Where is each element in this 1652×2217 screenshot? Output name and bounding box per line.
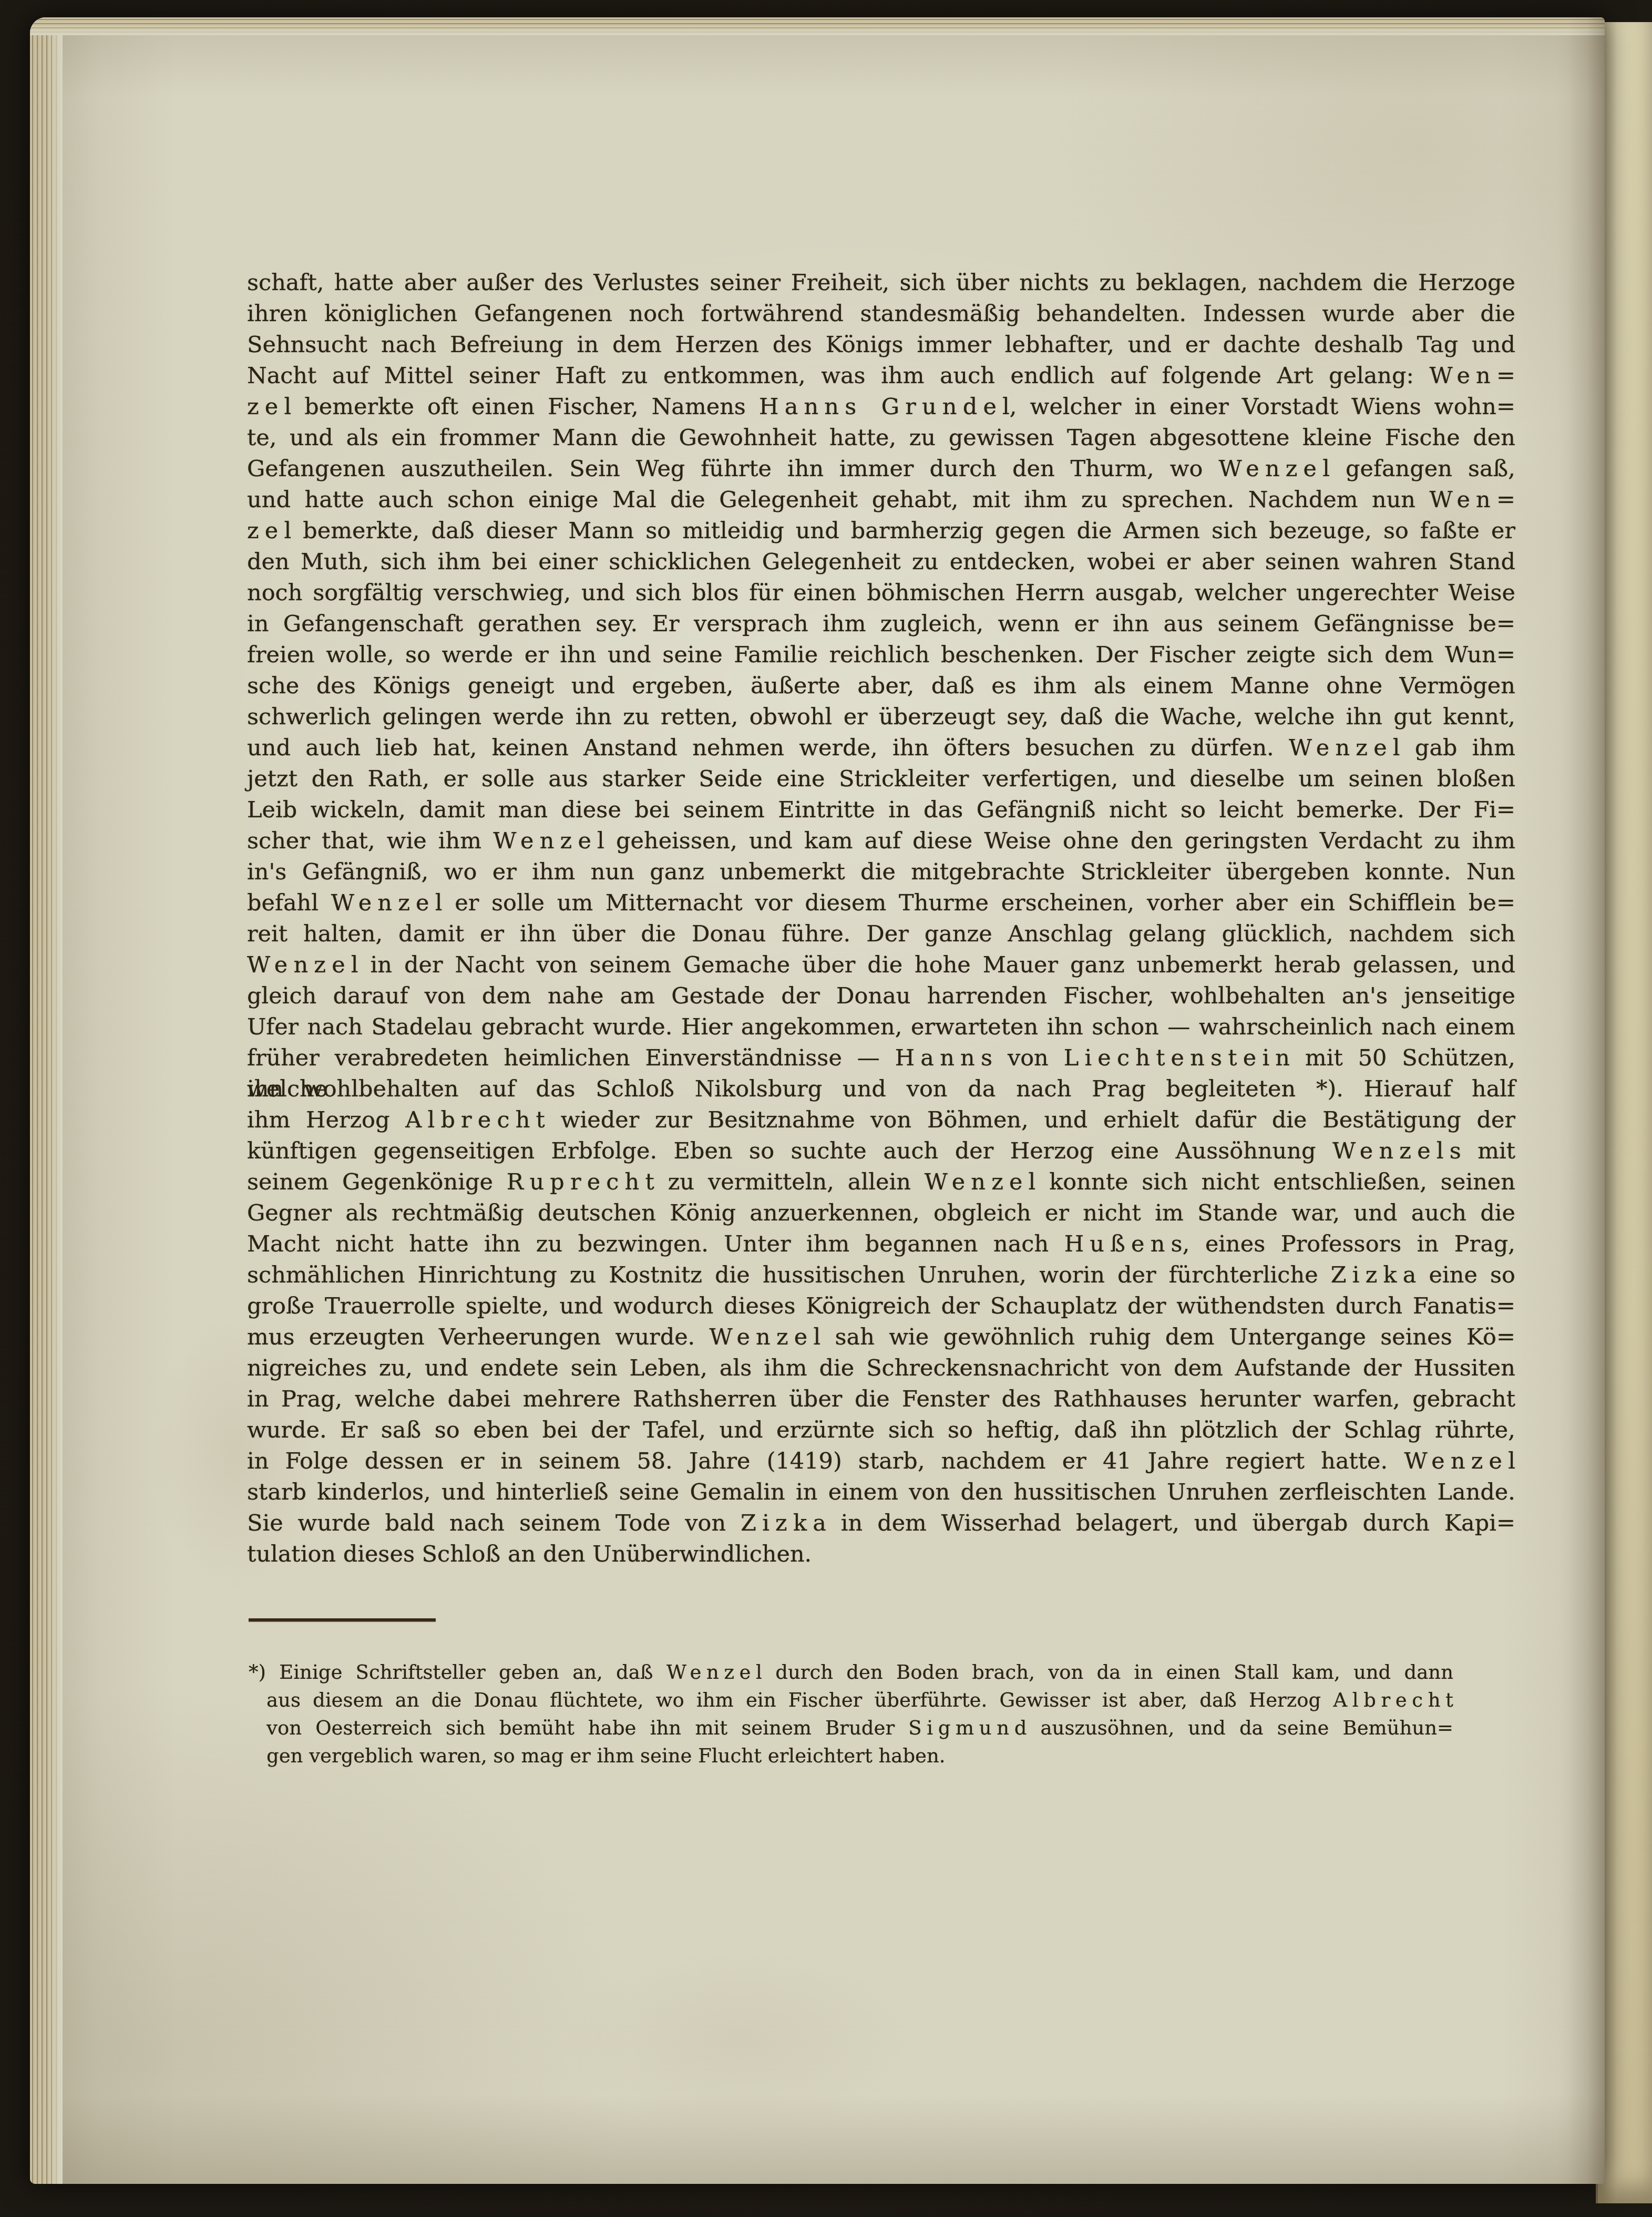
text-line: wurde. Er saß so eben bei der Tafel, und… — [247, 1415, 1515, 1446]
letterspaced-name: Wenzel — [925, 1169, 1042, 1195]
footnote-rule — [249, 1618, 436, 1621]
text-line: Sie wurde bald nach seinem Tode von Zizk… — [247, 1508, 1515, 1539]
text-segment: in dem Wisserhad belagert, und übergab d… — [826, 1510, 1515, 1536]
text-segment: schmählichen Hinrichtung zu Kostnitz die… — [247, 1262, 1331, 1288]
text-segment: ihren königlichen Gefangenen noch fortwä… — [247, 301, 1515, 327]
text-segment: geheissen, und kam auf diese Weise ohne … — [604, 828, 1515, 854]
text-segment: scher that, wie ihm — [247, 828, 493, 854]
text-segment: , welcher in einer Vorstadt Wiens wohn= — [1010, 394, 1515, 420]
text-segment: den Muth, sich ihm bei einer schickliche… — [247, 549, 1515, 575]
text-segment: von — [992, 1045, 1064, 1071]
text-segment: gleich darauf von dem nahe am Gestade de… — [247, 983, 1515, 1009]
letterspaced-name: zel — [247, 394, 297, 420]
text-segment: Leib wickeln, damit man diese bei seinem… — [247, 797, 1515, 823]
page-edge-stack-top — [30, 17, 1605, 35]
text-segment: wurde. Er saß so eben bei der Tafel, und… — [247, 1417, 1515, 1443]
text-line: Macht nicht hatte ihn zu bezwingen. Unte… — [247, 1229, 1515, 1260]
text-line: *) Einige Schriftsteller geben an, daß W… — [249, 1658, 1453, 1686]
text-segment: Gefangenen auszutheilen. Sein Weg führte… — [247, 456, 1218, 482]
text-segment: in Prag, welche dabei mehrere Rathsherre… — [247, 1386, 1515, 1412]
text-line: mus erzeugten Verheerungen wurde. Wenzel… — [247, 1322, 1515, 1353]
text-line: starb kinderlos, und hinterließ seine Ge… — [247, 1477, 1515, 1508]
letterspaced-name: Wen= — [1430, 487, 1522, 513]
letterspaced-name: Wenzels — [1332, 1138, 1467, 1164]
text-line: noch sorgfältig verschwieg, und sich blo… — [247, 578, 1515, 609]
text-segment: künftigen gegenseitigen Erbfolge. Eben s… — [247, 1138, 1332, 1164]
text-segment: konnte sich nicht entschließen, seinen — [1035, 1169, 1515, 1195]
letterspaced-name: Wenzel — [710, 1324, 827, 1350]
letterspaced-name: Albrecht — [1333, 1689, 1458, 1711]
text-line: ihn wohlbehalten auf das Schloß Nikolsbu… — [247, 1074, 1515, 1105]
text-segment: ihn wohlbehalten auf das Schloß Nikolsbu… — [247, 1076, 1515, 1102]
letterspaced-name: Wenzel — [493, 828, 610, 854]
text-segment: durch den Boden brach, von da in einen S… — [762, 1661, 1453, 1684]
text-line: gen vergeblich waren, so mag er ihm sein… — [249, 1742, 1453, 1770]
text-segment: gen vergeblich waren, so mag er ihm sein… — [266, 1744, 946, 1767]
letterspaced-name: Albrecht — [405, 1107, 551, 1133]
text-line: Wenzel in der Nacht von seinem Gemache ü… — [247, 950, 1515, 981]
text-segment: seinem Gegenkönige — [247, 1169, 507, 1195]
text-segment: auszusöhnen, und da seine Bemühun= — [1027, 1717, 1453, 1739]
text-line: schmählichen Hinrichtung zu Kostnitz die… — [247, 1260, 1515, 1291]
text-segment: reit halten, damit er ihn über die Donau… — [247, 921, 1515, 947]
text-segment: in's Gefängniß, wo er ihm nun ganz unbem… — [247, 859, 1515, 885]
text-segment: und auch lieb hat, keinen Anstand nehmen… — [247, 735, 1289, 761]
text-segment: eine so — [1416, 1262, 1515, 1288]
text-segment: Macht nicht hatte ihn zu bezwingen. Unte… — [247, 1231, 1064, 1257]
scan-background: { "document": { "kind": "scanned histori… — [0, 0, 1652, 2217]
text-segment: zu vermitteln, allein — [654, 1169, 925, 1195]
text-line: aus diesem an die Donau flüchtete, wo ih… — [249, 1686, 1453, 1714]
text-line: in Gefangenschaft gerathen sey. Er versp… — [247, 609, 1515, 640]
text-line: ihren königlichen Gefangenen noch fortwä… — [247, 299, 1515, 330]
text-line: Sehnsucht nach Befreiung in dem Herzen d… — [247, 330, 1515, 361]
text-segment: tulation dieses Schloß an den Unüberwind… — [247, 1541, 812, 1567]
text-line: zel bemerkte oft einen Fischer, Namens H… — [247, 392, 1515, 423]
text-line: sche des Königs geneigt und ergeben, äuß… — [247, 671, 1515, 702]
text-segment: nigreiches zu, und endete sein Leben, al… — [247, 1355, 1515, 1381]
letterspaced-name: Wenzel — [666, 1661, 767, 1684]
letterspaced-name: Hanns Grundel — [759, 394, 1015, 420]
text-segment: Ufer nach Stadelau gebracht wurde. Hier … — [247, 1014, 1515, 1040]
text-segment: früher verabredeten heimlichen Einverstä… — [247, 1045, 895, 1071]
text-line: in Prag, welche dabei mehrere Rathsherre… — [247, 1384, 1515, 1415]
text-line: reit halten, damit er ihn über die Donau… — [247, 919, 1515, 950]
paper-stain — [503, 1920, 976, 2162]
text-line: Gefangenen auszutheilen. Sein Weg führte… — [247, 454, 1515, 485]
letterspaced-name: Wenzel — [331, 890, 448, 916]
text-line: ihm Herzog Albrecht wieder zur Besitznah… — [247, 1105, 1515, 1136]
letterspaced-name: Wenzel — [247, 952, 364, 978]
letterspaced-name: Wenzel — [1218, 456, 1336, 482]
letterspaced-name: Ruprecht — [507, 1169, 660, 1195]
text-line: gleich darauf von dem nahe am Gestade de… — [247, 981, 1515, 1012]
text-line: zel bemerkte, daß dieser Mann so mitleid… — [247, 516, 1515, 547]
text-line: Leib wickeln, damit man diese bei seinem… — [247, 795, 1515, 826]
text-segment: *) Einige Schriftsteller geben an, daß — [249, 1661, 666, 1684]
text-segment: in der Nacht von seinem Gemache über die… — [358, 952, 1515, 978]
text-line: in Folge dessen er in seinem 58. Jahre (… — [247, 1446, 1515, 1477]
text-line: seinem Gegenkönige Ruprecht zu vermittel… — [247, 1167, 1515, 1198]
text-segment: schaft, hatte aber außer des Verlustes s… — [247, 270, 1515, 296]
letterspaced-name: Wenzel — [1404, 1448, 1521, 1474]
text-line: tulation dieses Schloß an den Unüberwind… — [247, 1539, 1515, 1570]
text-line: und auch lieb hat, keinen Anstand nehmen… — [247, 733, 1515, 764]
text-line: in's Gefängniß, wo er ihm nun ganz unbem… — [247, 857, 1515, 888]
text-segment: sche des Königs geneigt und ergeben, äuß… — [247, 673, 1515, 699]
text-segment: Sehnsucht nach Befreiung in dem Herzen d… — [247, 332, 1515, 358]
text-segment: starb kinderlos, und hinterließ seine Ge… — [247, 1479, 1515, 1505]
letterspaced-name: Hanns — [895, 1045, 999, 1071]
text-line: Gegner als rechtmäßig deutschen König an… — [247, 1198, 1515, 1229]
letterspaced-name: Sigmund — [908, 1717, 1032, 1739]
footnote-block: *) Einige Schriftsteller geben an, daß W… — [249, 1658, 1453, 1770]
text-line: befahl Wenzel er solle um Mitternacht vo… — [247, 888, 1515, 919]
text-segment: mus erzeugten Verheerungen wurde. — [247, 1324, 710, 1350]
text-line: große Trauerrolle spielte, und wodurch d… — [247, 1291, 1515, 1322]
text-line: jetzt den Rath, er solle aus starker Sei… — [247, 764, 1515, 795]
text-line: schwerlich gelingen werde ihn zu retten,… — [247, 702, 1515, 733]
text-segment: jetzt den Rath, er solle aus starker Sei… — [247, 766, 1515, 792]
letterspaced-name: Wen= — [1430, 363, 1522, 389]
text-line: te, und als ein frommer Mann die Gewohnh… — [247, 423, 1515, 454]
text-segment: gefangen saß, — [1330, 456, 1515, 482]
text-segment: , eines Professors in Prag, — [1183, 1231, 1515, 1257]
text-line: freien wolle, so werde er ihn und seine … — [247, 640, 1515, 671]
letterspaced-name: Hußens — [1064, 1231, 1188, 1257]
text-segment: und hatte auch schon einige Mal die Gele… — [247, 487, 1430, 513]
text-line: scher that, wie ihm Wenzel geheissen, un… — [247, 826, 1515, 857]
text-segment: von Oesterreich sich bemüht habe ihn mit… — [266, 1717, 908, 1739]
text-line: und hatte auch schon einige Mal die Gele… — [247, 485, 1515, 516]
text-segment: in Gefangenschaft gerathen sey. Er versp… — [247, 611, 1515, 637]
text-line: von Oesterreich sich bemüht habe ihn mit… — [249, 1714, 1453, 1742]
text-line: Nacht auf Mittel seiner Haft zu entkomme… — [247, 361, 1515, 392]
letterspaced-name: Zizka — [741, 1510, 832, 1536]
text-segment: freien wolle, so werde er ihn und seine … — [247, 642, 1515, 668]
text-segment: in Folge dessen er in seinem 58. Jahre (… — [247, 1448, 1404, 1474]
text-segment: befahl — [247, 890, 331, 916]
text-line: nigreiches zu, und endete sein Leben, al… — [247, 1353, 1515, 1384]
text-segment: er solle um Mitternacht vor diesem Thurm… — [442, 890, 1515, 916]
text-segment: Nacht auf Mittel seiner Haft zu entkomme… — [247, 363, 1430, 389]
text-segment: schwerlich gelingen werde ihn zu retten,… — [247, 704, 1515, 730]
text-segment: mit — [1461, 1138, 1515, 1164]
text-line: früher verabredeten heimlichen Einverstä… — [247, 1043, 1515, 1074]
gutter-fold-shadow — [1568, 17, 1605, 2184]
text-line: Ufer nach Stadelau gebracht wurde. Hier … — [247, 1012, 1515, 1043]
text-segment: Gegner als rechtmäßig deutschen König an… — [247, 1200, 1515, 1226]
letterspaced-name: Wenzel — [1289, 735, 1406, 761]
text-segment: ihm Herzog — [247, 1107, 405, 1133]
text-segment: bemerkte oft einen Fischer, Namens — [291, 394, 759, 420]
body-text-block: schaft, hatte aber außer des Verlustes s… — [247, 268, 1515, 1570]
letterspaced-name: Zizka — [1331, 1262, 1422, 1288]
text-segment: te, und als ein frommer Mann die Gewohnh… — [247, 425, 1515, 451]
text-segment: sah wie gewöhnlich ruhig dem Untergange … — [820, 1324, 1515, 1350]
letterspaced-name: Liechtenstein — [1064, 1045, 1296, 1071]
book-page: schaft, hatte aber außer des Verlustes s… — [30, 17, 1605, 2184]
text-segment: aus diesem an die Donau flüchtete, wo ih… — [266, 1689, 1333, 1711]
text-segment: Sie wurde bald nach seinem Tode von — [247, 1510, 741, 1536]
text-line: schaft, hatte aber außer des Verlustes s… — [247, 268, 1515, 299]
text-segment: große Trauerrolle spielte, und wodurch d… — [247, 1293, 1515, 1319]
text-segment: bemerkte, daß dieser Mann so mitleidig u… — [291, 518, 1515, 544]
text-segment: gab ihm — [1400, 735, 1515, 761]
letterspaced-name: zel — [247, 518, 297, 544]
text-segment: noch sorgfältig verschwieg, und sich blo… — [247, 580, 1515, 606]
page-edge-stack-left — [30, 17, 63, 2184]
text-line: künftigen gegenseitigen Erbfolge. Eben s… — [247, 1136, 1515, 1167]
text-line: den Muth, sich ihm bei einer schickliche… — [247, 547, 1515, 578]
text-segment: wieder zur Besitznahme von Böhmen, und e… — [545, 1107, 1515, 1133]
